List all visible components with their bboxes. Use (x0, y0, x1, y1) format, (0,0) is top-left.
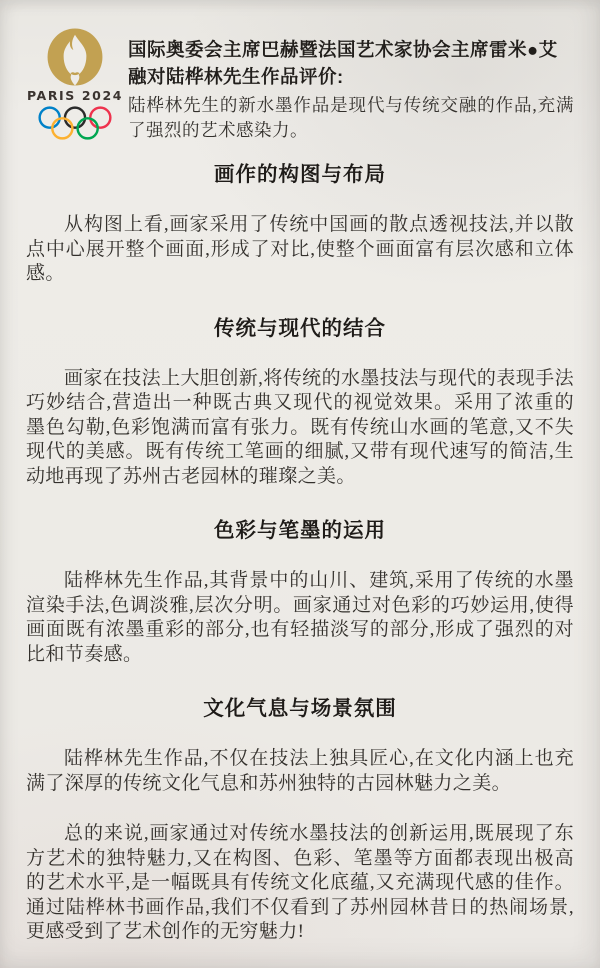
review-section-composition: 画作的构图与布局 从构图上看,画家采用了传统中国画的散点透视技法,并以散点中心展… (26, 157, 574, 287)
review-section-tradition-modern: 传统与现代的结合 画家在技法上大胆创新,将传统的水墨技法与现代的表现手法巧妙结合… (26, 311, 574, 490)
section-heading: 画作的构图与布局 (26, 157, 574, 187)
section-heading: 传统与现代的结合 (26, 311, 574, 341)
section-heading: 色彩与笔墨的运用 (26, 513, 574, 543)
paris-2024-wordmark: PARIS 2024 (26, 88, 124, 103)
section-paragraph: 从构图上看,画家采用了传统中国画的散点透视技法,并以散点中心展开整个画面,形成了… (26, 213, 574, 287)
review-section-color-ink: 色彩与笔墨的运用 陆桦林先生作品,其背景中的山川、建筑,采用了传统的水墨渲染手法… (26, 513, 574, 667)
masthead: PARIS 2024 国际奥委会主席巴赫暨法国艺术家协会主席雷米●艾融对陆桦林先… (26, 26, 574, 143)
section-paragraph: 陆桦林先生作品,不仅在技法上独具匠心,在文化内涵上也充满了深厚的传统文化气息和苏… (26, 747, 574, 796)
section-heading: 文化气息与场景氛围 (26, 691, 574, 721)
olympic-flame-icon (47, 28, 103, 86)
closing-paragraph: 总的来说,画家通过对传统水墨技法的创新运用,既展现了东方艺术的独特魅力,又在构图… (26, 822, 574, 945)
attribution-heading: 国际奥委会主席巴赫暨法国艺术家协会主席雷米●艾融对陆桦林先生作品评价: (128, 36, 574, 90)
section-paragraph: 画家在技法上大胆创新,将传统的水墨技法与现代的表现手法巧妙结合,营造出一种既古典… (26, 367, 574, 490)
masthead-text: 国际奥委会主席巴赫暨法国艺术家协会主席雷米●艾融对陆桦林先生作品评价: 陆桦林先… (124, 26, 574, 143)
olympic-rings-icon (38, 105, 112, 142)
review-section-culture-atmosphere: 文化气息与场景氛围 陆桦林先生作品,不仅在技法上独具匠心,在文化内涵上也充满了深… (26, 691, 574, 796)
photographed-document-page: PARIS 2024 国际奥委会主席巴赫暨法国艺术家协会主席雷米●艾融对陆桦林先… (0, 0, 600, 968)
section-paragraph: 陆桦林先生作品,其背景中的山川、建筑,采用了传统的水墨渲染手法,色调淡雅,层次分… (26, 569, 574, 667)
paris-2024-logo: PARIS 2024 (26, 26, 124, 142)
lead-paragraph: 陆桦林先生的新水墨作品是现代与传统交融的作品,充满了强烈的艺术感染力。 (128, 93, 574, 143)
